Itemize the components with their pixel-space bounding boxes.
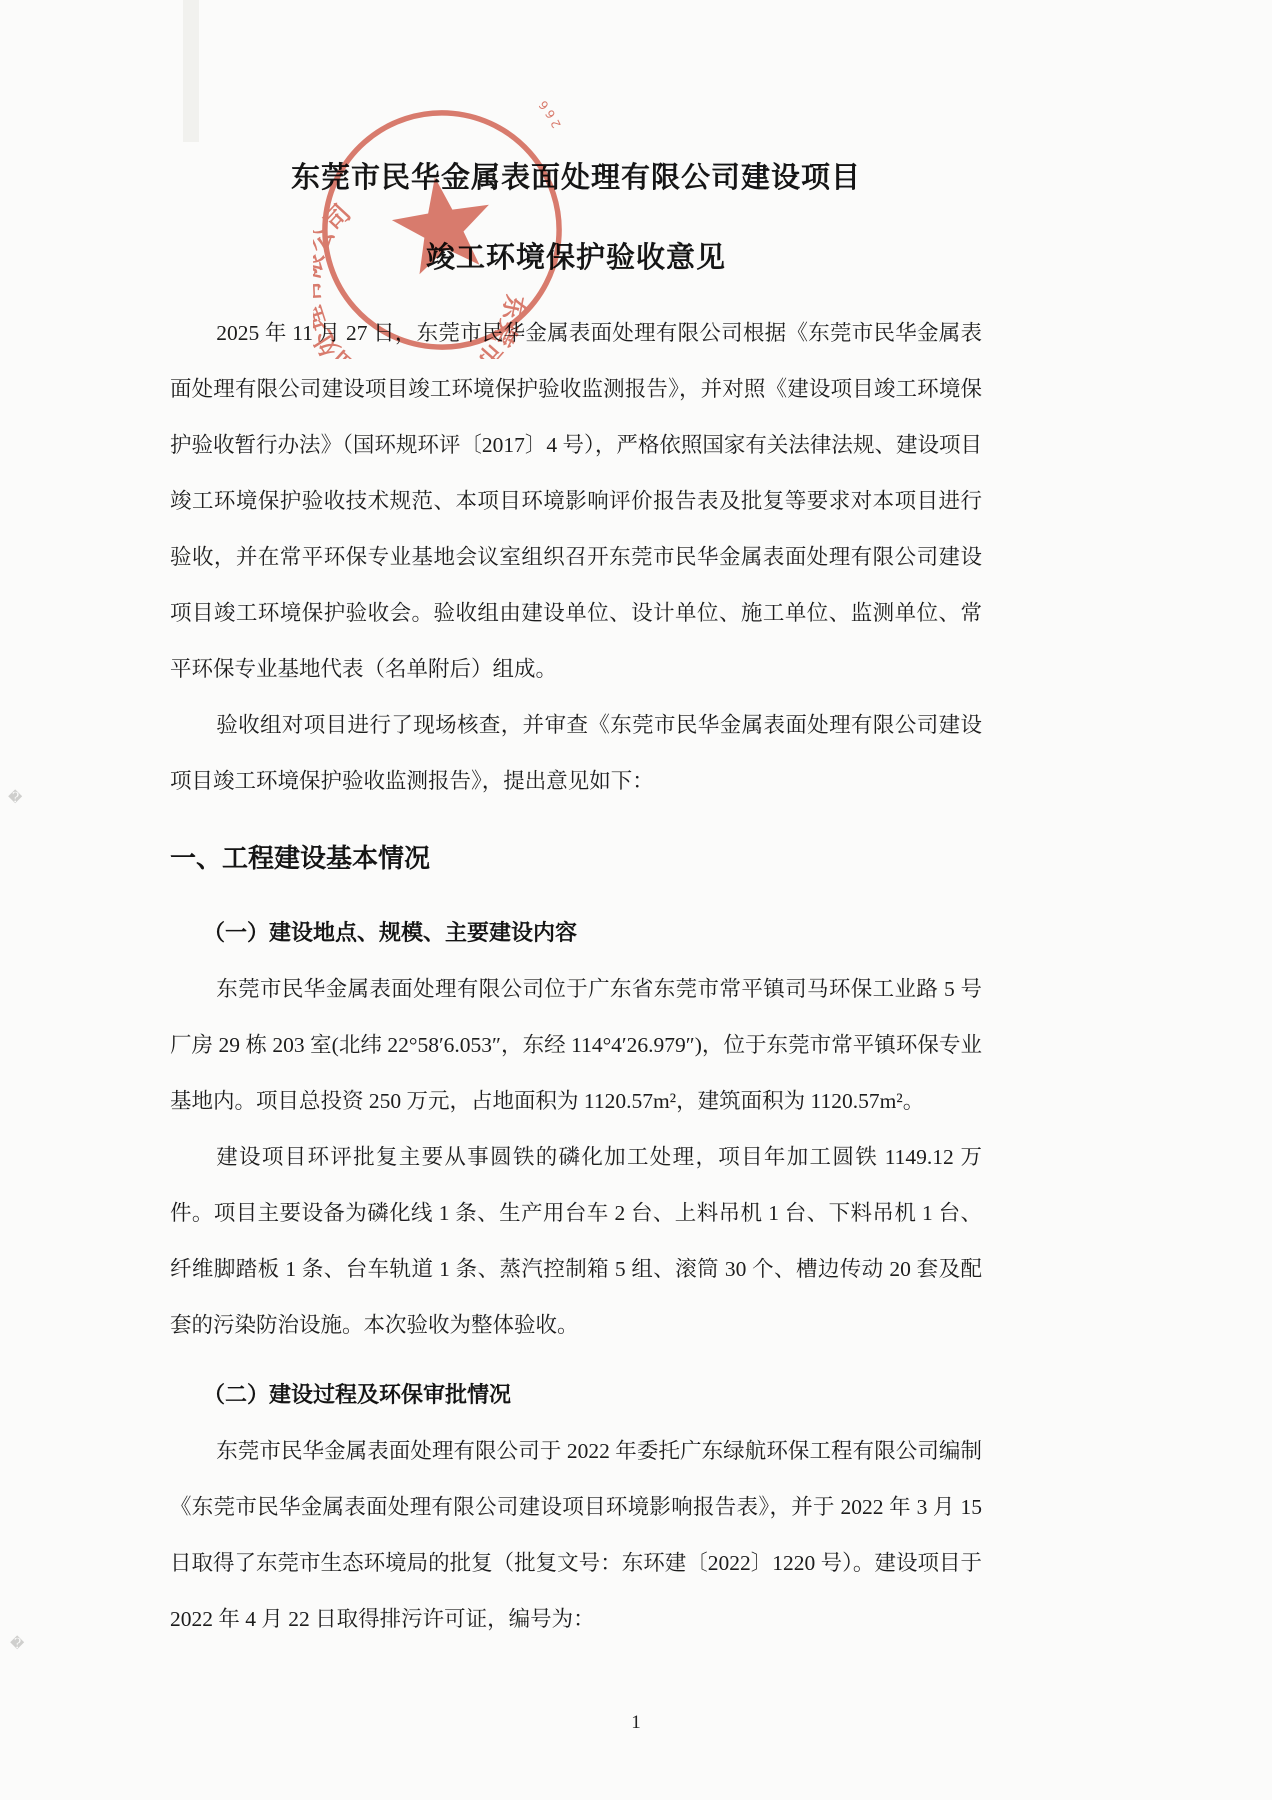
section1-heading: 一、工程建设基本情况	[170, 831, 982, 887]
document-title-line1: 东莞市民华金属表面处理有限公司建设项目	[170, 160, 982, 196]
document-page: � � 东莞市民华金属表面处理有限公司建设项目 竣工环境保护验收意见 2025 …	[0, 0, 1272, 1800]
scan-mark: �	[10, 1636, 24, 1653]
document-body: 东莞市民华金属表面处理有限公司建设项目 竣工环境保护验收意见 2025 年 11…	[170, 160, 982, 1647]
seal-code-digits: 26640065926	[451, 101, 571, 134]
section1-sub1-heading: （一）建设地点、规模、主要建设内容	[170, 905, 982, 961]
document-title-line2: 竣工环境保护验收意见	[170, 240, 982, 276]
page-number: 1	[0, 1712, 1272, 1734]
intro-paragraph-2: 验收组对项目进行了现场核查，并审查《东莞市民华金属表面处理有限公司建设项目竣工环…	[170, 697, 982, 809]
seal-code-text-container: 26640065926	[451, 101, 571, 134]
section1-sub1-paragraph-2: 建设项目环评批复主要从事圆铁的磷化加工处理，项目年加工圆铁 1149.12 万件…	[170, 1129, 982, 1353]
intro-paragraph-1: 2025 年 11 月 27 日，东莞市民华金属表面处理有限公司根据《东莞市民华…	[170, 305, 982, 697]
section1-sub2-heading: （二）建设过程及环保审批情况	[170, 1367, 982, 1423]
scan-mark: �	[8, 790, 22, 807]
section1-sub1-paragraph-1: 东莞市民华金属表面处理有限公司位于广东省东莞市常平镇司马环保工业路 5 号厂房 …	[170, 961, 982, 1129]
scan-smudge	[183, 0, 199, 142]
section1-sub2-paragraph-1: 东莞市民华金属表面处理有限公司于 2022 年委托广东绿航环保工程有限公司编制《…	[170, 1423, 982, 1647]
